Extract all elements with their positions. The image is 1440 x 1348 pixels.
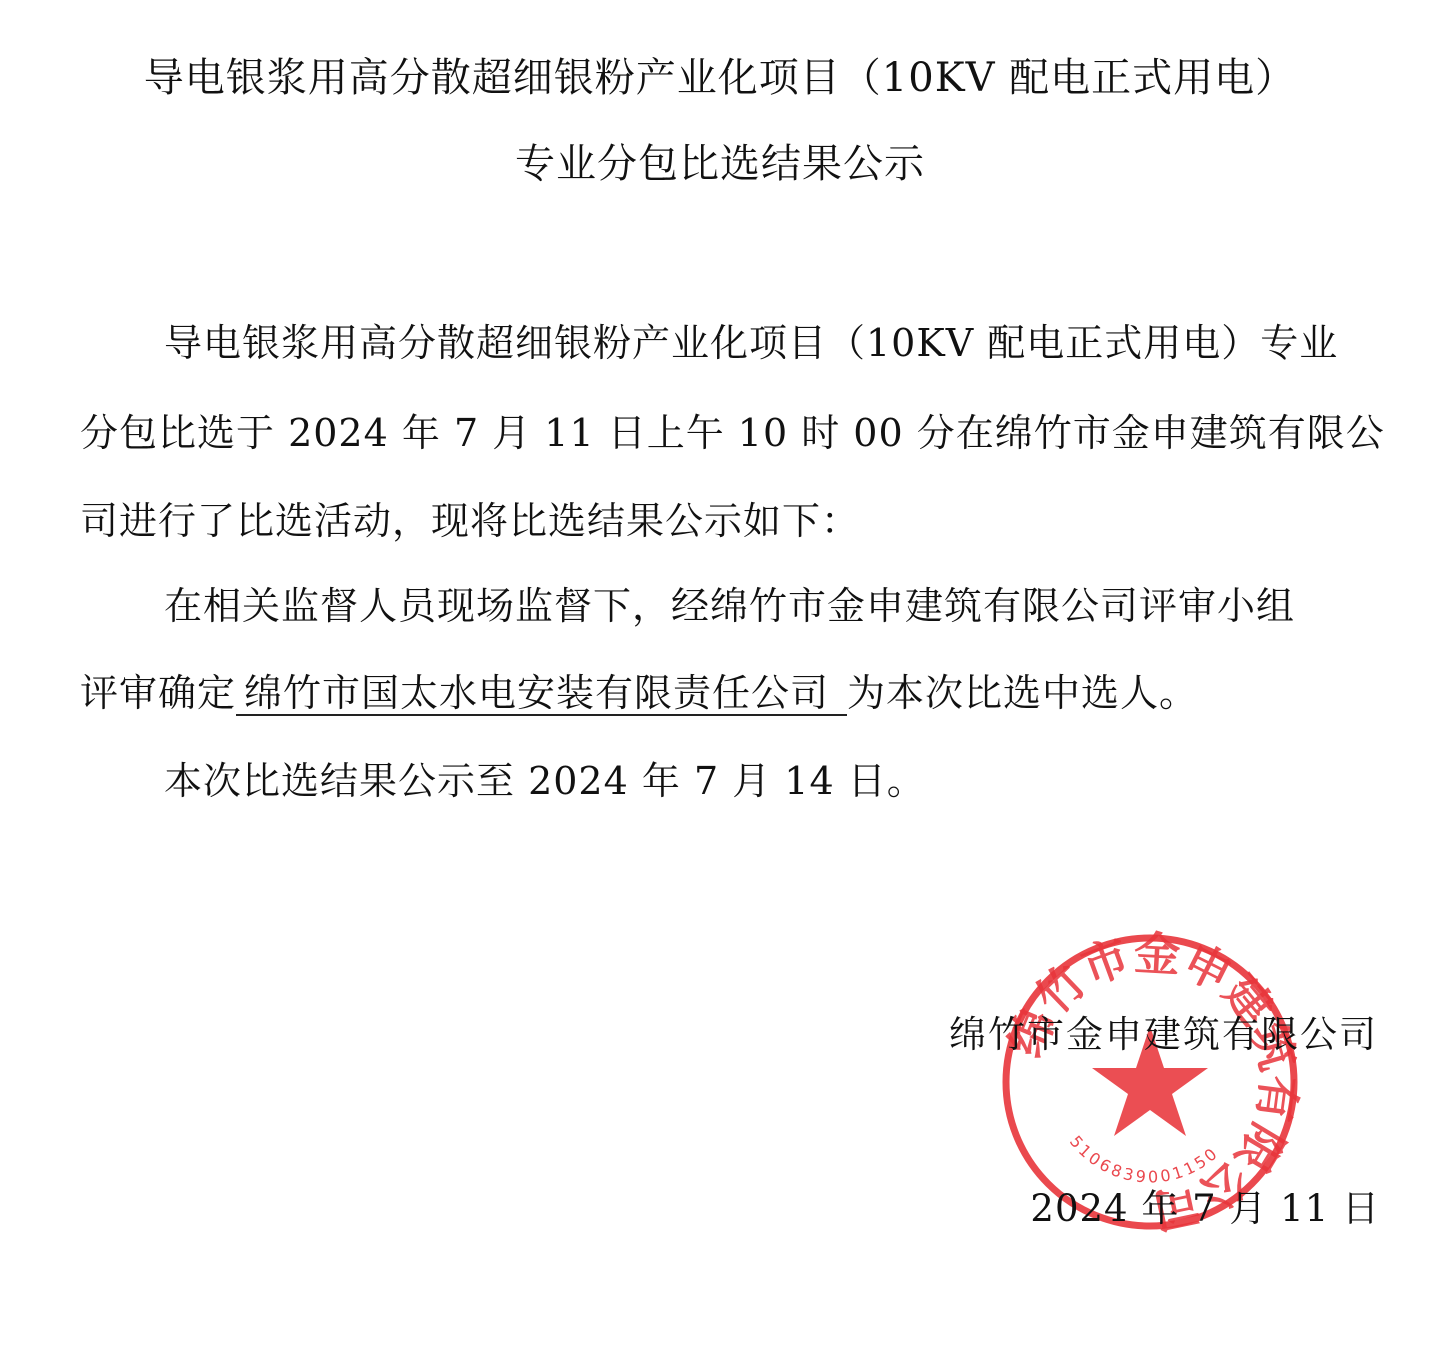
paragraph2-suffix: 为本次比选中选人。 (847, 671, 1198, 715)
document-title-line1: 导电银浆用高分散超细银粉产业化项目（10KV 配电正式用电） (0, 54, 1440, 102)
paragraph1-line1: 导电银浆用高分散超细银粉产业化项目（10KV 配电正式用电）专业 (164, 320, 1338, 366)
paragraph1-line2: 分包比选于 2024 年 7 月 11 日上午 10 时 00 分在绵竹市金申建… (80, 410, 1385, 456)
paragraph2-prefix: 评审确定 (80, 671, 236, 715)
signature-company: 绵竹市金申建筑有限公司 (949, 1012, 1378, 1058)
paragraph1-line3: 司进行了比选活动，现将比选结果公示如下： (80, 498, 860, 544)
document-title-line2: 专业分包比选结果公示 (0, 140, 1440, 188)
paragraph2-line1: 在相关监督人员现场监督下，经绵竹市金申建筑有限公司评审小组 (164, 583, 1295, 629)
winner-name: 绵竹市国太水电安装有限责任公司 (236, 672, 847, 716)
signature-date: 2024 年 7 月 11 日 (1030, 1186, 1380, 1232)
paragraph3: 本次比选结果公示至 2024 年 7 月 14 日。 (164, 758, 926, 804)
paragraph2-line2: 评审确定绵竹市国太水电安装有限责任公司为本次比选中选人。 (80, 670, 1198, 716)
